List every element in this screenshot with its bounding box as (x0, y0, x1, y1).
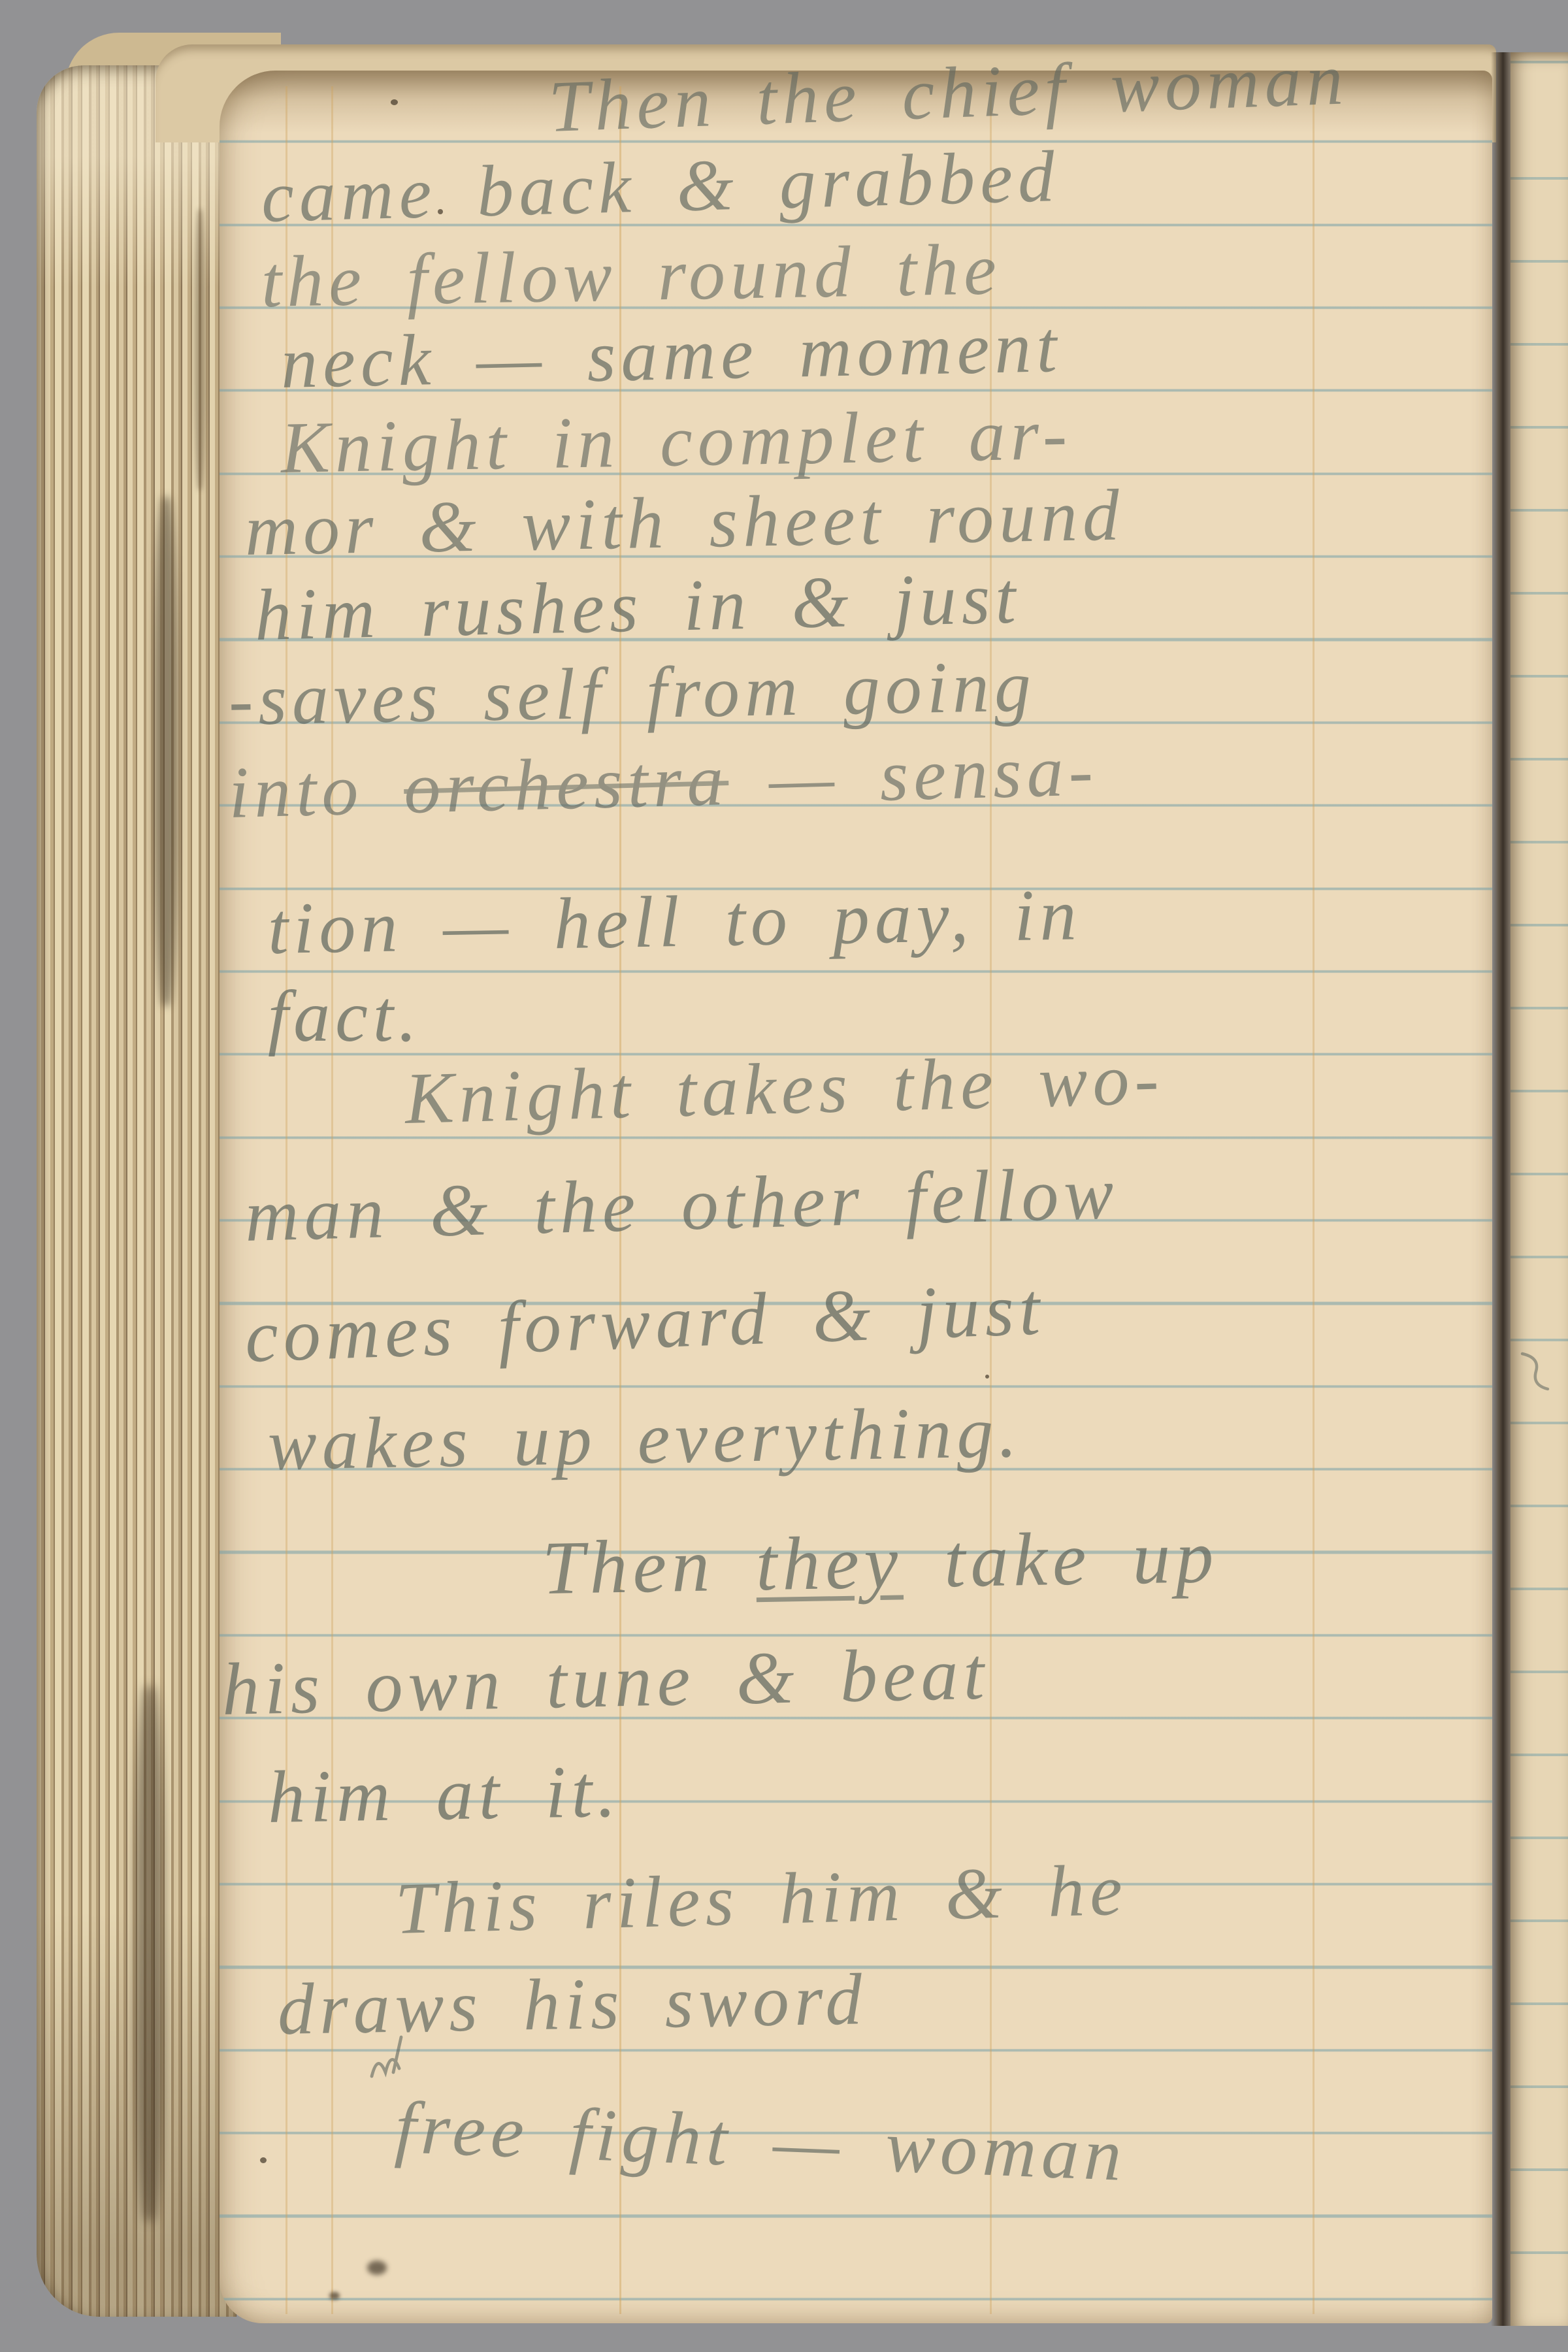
paper-smudge (367, 2261, 387, 2275)
stack-dark-streak (195, 209, 205, 490)
handwritten-line: him at it. (267, 1748, 622, 1840)
notebook-photo: { "scene": { "artifact": "open notebook,… (0, 0, 1568, 2352)
paper-fleck (260, 2157, 267, 2163)
insertion-caret-mark (366, 2029, 417, 2088)
paper-fleck (985, 1375, 989, 1379)
handwritten-line: Then they take up (542, 1514, 1220, 1612)
word-plain: into (227, 748, 404, 834)
handwritten-line: his own tune & beat (221, 1630, 990, 1733)
word-plain: Then (542, 1523, 757, 1610)
page-gutter-shadow (1491, 52, 1512, 2326)
word-underlined: they (755, 1520, 904, 1607)
paper-smudge (329, 2292, 340, 2300)
next-page-edge (1511, 52, 1568, 2326)
stack-dark-streak (154, 497, 178, 1006)
word-plain: — sensa- (727, 730, 1099, 821)
handwritten-line: fact. (268, 975, 422, 1059)
word-struck-through: orchestra (403, 740, 730, 829)
handwritten-line: neck — same moment (280, 305, 1063, 406)
handwritten-line: him rushes in & just (254, 556, 1022, 658)
stack-dark-streak (135, 1686, 165, 2221)
handwritten-line: -saves self from going (228, 644, 1037, 743)
handwritten-line: wakes up everything. (267, 1390, 1022, 1488)
vertical-rule (1313, 86, 1315, 2314)
stray-pencil-mark (1514, 1350, 1554, 1393)
paper-fleck (391, 99, 398, 105)
handwritten-line: tion — hell to pay, in (267, 873, 1083, 972)
word-plain: take up (902, 1515, 1219, 1604)
